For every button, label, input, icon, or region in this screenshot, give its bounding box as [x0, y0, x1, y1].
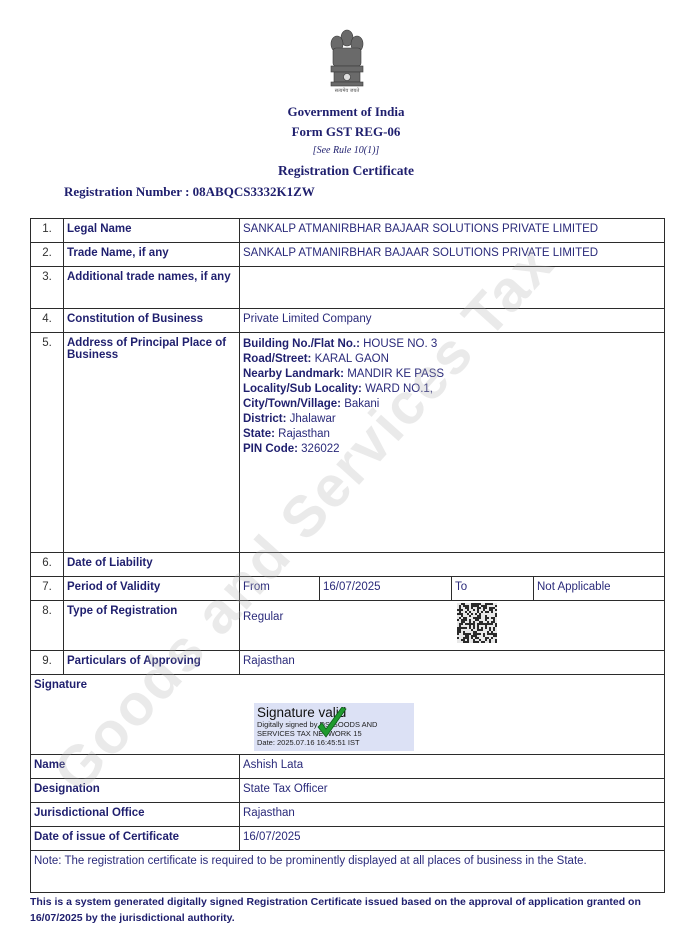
row-label: Date of Liability	[64, 553, 240, 577]
address-line: Locality/Sub Locality: WARD NO.1,	[243, 382, 661, 397]
address-line: City/Town/Village: Bakani	[243, 397, 661, 412]
registration-number-label: Registration Number :	[64, 184, 189, 199]
table-row: 9. Particulars of Approving Rajasthan	[31, 651, 665, 675]
jurisdictional-office-value: Rajasthan	[240, 803, 665, 827]
address-value-text: WARD NO.1,	[365, 383, 433, 395]
note-row: Note: The registration certificate is re…	[31, 851, 665, 893]
validity-to-value: Not Applicable	[534, 577, 665, 601]
address-key: Locality/Sub Locality:	[243, 383, 362, 395]
row-label: Address of Principal Place of Business	[64, 333, 240, 553]
certificate-title: Registration Certificate	[0, 163, 692, 179]
registration-type-value: Regular	[240, 601, 665, 651]
table-row: 6. Date of Liability	[31, 553, 665, 577]
row-label: Name	[31, 755, 240, 779]
national-emblem-icon	[325, 26, 369, 94]
validity-from-date: 16/07/2025	[320, 577, 452, 601]
address-key: Nearby Landmark:	[243, 368, 344, 380]
validity-from-label: From	[240, 577, 320, 601]
table-row: 8. Type of Registration Regular	[31, 601, 665, 651]
address-key: District:	[243, 413, 286, 425]
signature-row: Signature Signature valid Digitally sign…	[31, 675, 665, 755]
row-label: Additional trade names, if any	[64, 267, 240, 309]
row-label: Particulars of Approving	[64, 651, 240, 675]
address-key: Building No./Flat No.:	[243, 338, 360, 350]
address-line: Nearby Landmark: MANDIR KE PASS	[243, 367, 661, 382]
table-row: 1. Legal Name SANKALP ATMANIRBHAR BAJAAR…	[31, 219, 665, 243]
address-line: District: Jhalawar	[243, 412, 661, 427]
row-label: Trade Name, if any	[64, 243, 240, 267]
row-number: 4.	[31, 309, 64, 333]
additional-trade-names-value	[240, 267, 665, 309]
approving-authority-value: Rajasthan	[240, 651, 665, 675]
signature-label: Signature	[34, 679, 661, 691]
signature-cell: Signature Signature valid Digitally sign…	[31, 675, 665, 755]
address-key: PIN Code:	[243, 443, 298, 455]
certificate-table: 1. Legal Name SANKALP ATMANIRBHAR BAJAAR…	[30, 218, 665, 893]
validity-to-label: To	[452, 577, 534, 601]
address-value-text: HOUSE NO. 3	[363, 338, 437, 350]
address-line: PIN Code: 326022	[243, 442, 661, 457]
address-line: Road/Street: KARAL GAON	[243, 352, 661, 367]
table-row: Designation State Tax Officer	[31, 779, 665, 803]
address-value-text: 326022	[301, 443, 339, 455]
trade-name-value: SANKALP ATMANIRBHAR BAJAAR SOLUTIONS PRI…	[240, 243, 665, 267]
emblem-motto: सत्यमेव जयते	[322, 88, 372, 94]
row-number: 7.	[31, 577, 64, 601]
address-value-text: Bakani	[344, 398, 379, 410]
constitution-value: Private Limited Company	[240, 309, 665, 333]
row-number: 3.	[31, 267, 64, 309]
address-line: Building No./Flat No.: HOUSE NO. 3	[243, 337, 661, 352]
form-heading: Form GST REG-06	[0, 124, 692, 140]
row-number: 8.	[31, 601, 64, 651]
row-number: 2.	[31, 243, 64, 267]
digital-signature-box[interactable]: Signature valid Digitally signed by DS G…	[254, 703, 414, 751]
row-label: Legal Name	[64, 219, 240, 243]
row-label: Date of issue of Certificate	[31, 827, 240, 851]
table-row: Name Ashish Lata	[31, 755, 665, 779]
table-row: Date of issue of Certificate 16/07/2025	[31, 827, 665, 851]
date-of-liability-value	[240, 553, 665, 577]
qr-code-icon[interactable]	[457, 603, 497, 643]
row-number: 6.	[31, 553, 64, 577]
address-value: Building No./Flat No.: HOUSE NO. 3 Road/…	[240, 333, 665, 553]
address-key: State:	[243, 428, 275, 440]
address-line: State: Rajasthan	[243, 427, 661, 442]
table-row: 4. Constitution of Business Private Limi…	[31, 309, 665, 333]
address-key: City/Town/Village:	[243, 398, 341, 410]
table-row: 7. Period of Validity From 16/07/2025 To…	[31, 577, 665, 601]
table-row: 2. Trade Name, if any SANKALP ATMANIRBHA…	[31, 243, 665, 267]
address-key: Road/Street:	[243, 353, 311, 365]
row-label: Period of Validity	[64, 577, 240, 601]
table-row: 5. Address of Principal Place of Busines…	[31, 333, 665, 553]
address-value-text: Jhalawar	[290, 413, 336, 425]
issue-date-value: 16/07/2025	[240, 827, 665, 851]
address-value-text: Rajasthan	[278, 428, 330, 440]
address-value-text: KARAL GAON	[315, 353, 389, 365]
address-value-text: MANDIR KE PASS	[347, 368, 444, 380]
table-row: Jurisdictional Office Rajasthan	[31, 803, 665, 827]
row-number: 1.	[31, 219, 64, 243]
footer-statement: This is a system generated digitally sig…	[30, 894, 670, 926]
government-heading: Government of India	[0, 104, 692, 120]
row-number: 9.	[31, 651, 64, 675]
registration-number: Registration Number : 08ABQCS3332K1ZW	[64, 184, 315, 200]
registration-number-value: 08ABQCS3332K1ZW	[193, 184, 315, 199]
officer-name-value: Ashish Lata	[240, 755, 665, 779]
checkmark-icon	[316, 707, 348, 741]
row-label: Designation	[31, 779, 240, 803]
rule-reference: [See Rule 10(1)]	[0, 145, 692, 156]
note-text: Note: The registration certificate is re…	[31, 851, 665, 893]
row-label: Jurisdictional Office	[31, 803, 240, 827]
designation-value: State Tax Officer	[240, 779, 665, 803]
table-row: 3. Additional trade names, if any	[31, 267, 665, 309]
legal-name-value: SANKALP ATMANIRBHAR BAJAAR SOLUTIONS PRI…	[240, 219, 665, 243]
row-number: 5.	[31, 333, 64, 553]
row-label: Constitution of Business	[64, 309, 240, 333]
row-label: Type of Registration	[64, 601, 240, 651]
